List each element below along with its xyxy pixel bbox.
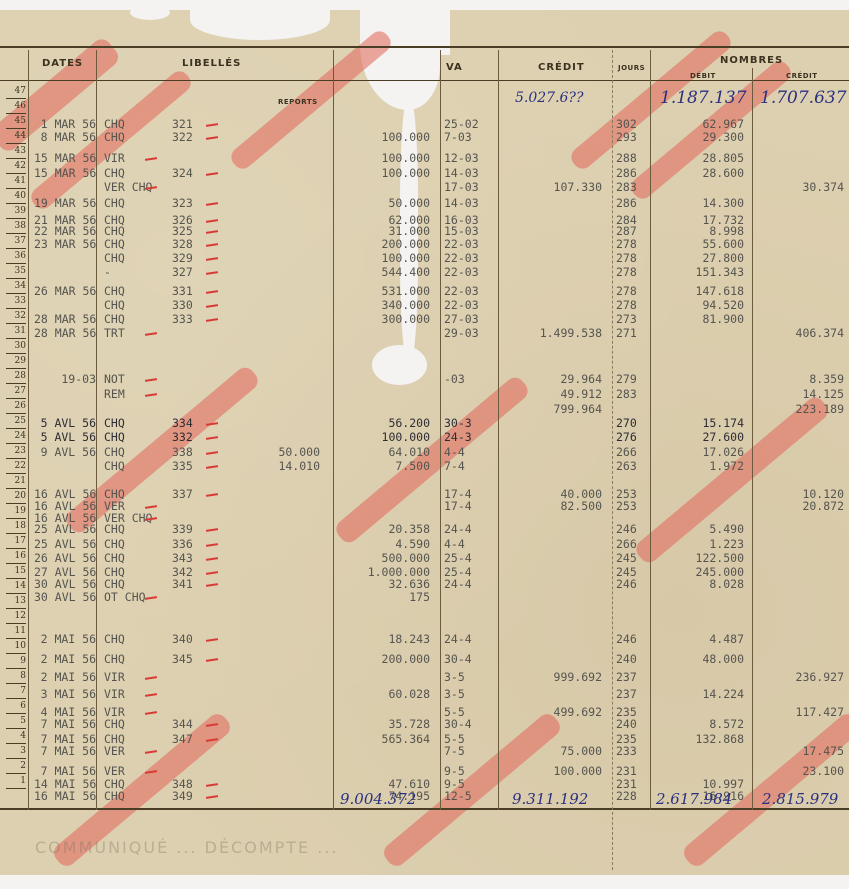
- row-jours: 283: [616, 181, 648, 193]
- row-date: 9 AVL 56: [34, 446, 96, 458]
- row-debit: 7.500: [340, 460, 430, 472]
- row-debit: 100.000: [340, 131, 430, 143]
- row-valeur: 30-4: [444, 653, 494, 665]
- row-debit: 60.028: [340, 688, 430, 700]
- row-jours: 293: [616, 131, 648, 143]
- line-divider: [6, 248, 26, 249]
- row-jours: 253: [616, 500, 648, 512]
- row-n-credit: 23.100: [754, 765, 844, 777]
- row-valeur: 25-4: [444, 552, 494, 564]
- col-rule: [752, 68, 753, 810]
- line-divider: [6, 338, 26, 339]
- row-jours: 287: [616, 225, 648, 237]
- row-jours: 279: [616, 373, 648, 385]
- row-valeur: 29-03: [444, 327, 494, 339]
- line-number: 11: [8, 626, 26, 636]
- row-valeur: 3-5: [444, 671, 494, 683]
- row-type: REM: [104, 388, 174, 400]
- row-valeur: 22-03: [444, 285, 494, 297]
- row-jours: 233: [616, 745, 648, 757]
- row-n-debit: 94.520: [652, 299, 744, 311]
- row-jours: 278: [616, 252, 648, 264]
- row-type: CHQ: [104, 578, 174, 590]
- line-number: 13: [8, 596, 26, 606]
- row-jours: 302: [616, 118, 648, 130]
- row-jours: 246: [616, 523, 648, 535]
- row-credit: 999.692: [502, 671, 602, 683]
- row-valeur: 12-03: [444, 152, 494, 164]
- row-n-debit: 27.600: [652, 431, 744, 443]
- row-valeur: 9-5: [444, 765, 494, 777]
- row-reports: 14.010: [230, 460, 320, 472]
- row-type: TRT: [104, 327, 174, 339]
- row-valeur: 17-03: [444, 181, 494, 193]
- row-n-debit: 8.572: [652, 718, 744, 730]
- row-debit: 56.200: [340, 417, 430, 429]
- row-debit: 100.000: [340, 152, 430, 164]
- row-type: CHQ: [104, 790, 174, 802]
- header-valeur: VA: [446, 62, 463, 73]
- line-number: 33: [8, 296, 26, 306]
- row-debit: 100.000: [340, 252, 430, 264]
- row-valeur: 4-4: [444, 538, 494, 550]
- row-jours: 266: [616, 538, 648, 550]
- row-date: 15 MAR 56: [34, 152, 96, 164]
- row-valeur: 15-03: [444, 225, 494, 237]
- row-n-credit: 20.872: [754, 500, 844, 512]
- line-divider: [6, 473, 26, 474]
- line-divider: [6, 503, 26, 504]
- row-valeur: 24-4: [444, 523, 494, 535]
- row-debit: 18.243: [340, 633, 430, 645]
- line-number: 29: [8, 356, 26, 366]
- row-type: CHQ: [104, 118, 174, 130]
- line-divider: [6, 713, 26, 714]
- row-valeur: 24-4: [444, 578, 494, 590]
- line-number: 20: [8, 491, 26, 501]
- row-date: 5 AVL 56: [34, 431, 96, 443]
- row-n-debit: 147.618: [652, 285, 744, 297]
- row-valeur: 25-02: [444, 118, 494, 130]
- row-date: 15 MAR 56: [34, 167, 96, 179]
- line-divider: [6, 278, 26, 279]
- row-valeur: 3-5: [444, 688, 494, 700]
- handwritten-report-nombres-credit: 1.707.637: [760, 88, 847, 108]
- line-divider: [6, 728, 26, 729]
- line-divider: [6, 428, 26, 429]
- row-type: CHQ: [104, 633, 174, 645]
- line-divider: [6, 173, 26, 174]
- row-n-debit: 29.300: [652, 131, 744, 143]
- line-divider: [6, 98, 26, 99]
- row-type: CHQ: [104, 197, 174, 209]
- row-valeur: 24-4: [444, 633, 494, 645]
- row-n-debit: 14.300: [652, 197, 744, 209]
- row-n-debit: 48.000: [652, 653, 744, 665]
- top-rule: [0, 46, 849, 48]
- line-divider: [6, 668, 26, 669]
- row-type: CHQ: [104, 225, 174, 237]
- row-date: 23 MAR 56: [34, 238, 96, 250]
- row-jours: 288: [616, 152, 648, 164]
- row-debit: 200.000: [340, 653, 430, 665]
- row-n-credit: 117.427: [754, 706, 844, 718]
- row-n-credit: 17.475: [754, 745, 844, 757]
- row-type: CHQ: [104, 431, 174, 443]
- footer-faint-text: COMMUNIQUÉ ... DÉCOMPTE ...: [35, 838, 339, 857]
- row-credit: 799.964: [502, 403, 602, 415]
- row-type: VIR: [104, 688, 174, 700]
- header-dates: DATES: [42, 58, 83, 69]
- line-number: 9: [8, 656, 26, 666]
- row-valeur: 22-03: [444, 238, 494, 250]
- row-type: OT CHQ: [104, 591, 174, 603]
- row-date: 2 MAI 56: [34, 633, 96, 645]
- line-number: 30: [8, 341, 26, 351]
- line-divider: [6, 293, 26, 294]
- line-divider: [6, 128, 26, 129]
- line-number: 42: [8, 161, 26, 171]
- row-type: CHQ: [104, 299, 174, 311]
- row-debit: 50.000: [340, 197, 430, 209]
- row-type: CHQ: [104, 131, 174, 143]
- line-divider: [6, 368, 26, 369]
- total-nombres-credit: 2.815.979: [762, 790, 838, 808]
- row-type: NOT: [104, 373, 174, 385]
- row-jours: 240: [616, 653, 648, 665]
- line-divider: [6, 638, 26, 639]
- row-type: CHQ: [104, 538, 174, 550]
- row-valeur: 4-4: [444, 446, 494, 458]
- row-debit: 531.000: [340, 285, 430, 297]
- row-n-debit: 28.600: [652, 167, 744, 179]
- row-type: CHQ: [104, 446, 174, 458]
- row-n-credit: 223.189: [754, 403, 844, 415]
- total-nombres-debit: 2.617.984: [656, 790, 732, 808]
- line-number: 31: [8, 326, 26, 336]
- col-rule: [28, 50, 29, 810]
- row-date: 5 AVL 56: [34, 417, 96, 429]
- line-number: 16: [8, 551, 26, 561]
- row-type: CHQ: [104, 552, 174, 564]
- row-jours: 286: [616, 167, 648, 179]
- row-n-debit: 14.224: [652, 688, 744, 700]
- line-divider: [6, 233, 26, 234]
- row-jours: 278: [616, 285, 648, 297]
- row-reports: 50.000: [230, 446, 320, 458]
- row-debit: 32.636: [340, 578, 430, 590]
- row-date: 26 MAR 56: [34, 285, 96, 297]
- col-rule: [333, 50, 334, 810]
- row-n-credit: 14.125: [754, 388, 844, 400]
- line-number: 45: [8, 116, 26, 126]
- row-n-debit: 8.998: [652, 225, 744, 237]
- row-n-debit: 81.900: [652, 313, 744, 325]
- row-date: 25 AVL 56: [34, 538, 96, 550]
- row-valeur: 7-4: [444, 460, 494, 472]
- row-n-debit: 8.028: [652, 578, 744, 590]
- line-number: 26: [8, 401, 26, 411]
- line-number: 47: [8, 86, 26, 96]
- line-number: 35: [8, 266, 26, 276]
- torn-bottom: [0, 875, 849, 889]
- row-n-credit: 406.374: [754, 327, 844, 339]
- line-number: 19: [8, 506, 26, 516]
- row-valeur: 22-03: [444, 266, 494, 278]
- row-valeur: 22-03: [444, 252, 494, 264]
- line-divider: [6, 563, 26, 564]
- row-n-debit: 55.600: [652, 238, 744, 250]
- line-number: 6: [8, 701, 26, 711]
- line-divider: [6, 773, 26, 774]
- line-divider: [6, 203, 26, 204]
- line-number: 25: [8, 416, 26, 426]
- row-jours: 266: [616, 446, 648, 458]
- row-type: CHQ: [104, 523, 174, 535]
- row-date: 16 MAI 56: [34, 790, 96, 802]
- row-type: CHQ: [104, 238, 174, 250]
- line-divider: [6, 158, 26, 159]
- line-number: 23: [8, 446, 26, 456]
- torn-hole: [372, 345, 427, 385]
- line-divider: [6, 188, 26, 189]
- line-divider: [6, 683, 26, 684]
- header-nombres-credit: CRÉDIT: [786, 72, 818, 80]
- line-number: 21: [8, 476, 26, 486]
- row-valeur: 7-03: [444, 131, 494, 143]
- row-valeur: 12-5: [444, 790, 494, 802]
- row-n-debit: 132.868: [652, 733, 744, 745]
- row-date: 26 AVL 56: [34, 552, 96, 564]
- header-jours: JOURS: [618, 64, 645, 72]
- row-type: CHQ: [104, 417, 174, 429]
- line-number: 22: [8, 461, 26, 471]
- torn-top-notch: [130, 5, 170, 20]
- row-type: VER: [104, 765, 174, 777]
- row-debit: 100.000: [340, 431, 430, 443]
- line-number: 2: [8, 761, 26, 771]
- row-debit: 35.728: [340, 718, 430, 730]
- row-jours: 237: [616, 671, 648, 683]
- line-number: 12: [8, 611, 26, 621]
- row-n-debit: 15.174: [652, 417, 744, 429]
- col-rule: [650, 50, 651, 810]
- row-jours: 278: [616, 266, 648, 278]
- row-n-debit: 1.223: [652, 538, 744, 550]
- row-valeur: 27-03: [444, 313, 494, 325]
- row-debit: 340.000: [340, 299, 430, 311]
- row-valeur: -03: [444, 373, 494, 385]
- header-libelles: LIBELLÉS: [182, 58, 241, 69]
- row-date: 28 MAR 56: [34, 313, 96, 325]
- line-number: 14: [8, 581, 26, 591]
- line-divider: [6, 518, 26, 519]
- row-type: CHQ: [104, 285, 174, 297]
- torn-top-center: [190, 0, 330, 40]
- line-number: 27: [8, 386, 26, 396]
- handwritten-report-nombres-debit: 1.187.137: [660, 88, 747, 108]
- row-credit: 82.500: [502, 500, 602, 512]
- row-valeur: 30-4: [444, 718, 494, 730]
- row-jours: 228: [616, 790, 648, 802]
- row-n-credit: 30.374: [754, 181, 844, 193]
- row-jours: 237: [616, 688, 648, 700]
- totals-rule: [0, 808, 849, 810]
- row-debit: 300.000: [340, 313, 430, 325]
- row-valeur: 22-03: [444, 299, 494, 311]
- perforation-rule: [612, 50, 613, 870]
- line-divider: [6, 533, 26, 534]
- line-divider: [6, 383, 26, 384]
- line-divider: [6, 413, 26, 414]
- line-number: 36: [8, 251, 26, 261]
- row-debit: 565.364: [340, 733, 430, 745]
- line-number: 15: [8, 566, 26, 576]
- line-number: 1: [8, 776, 26, 786]
- row-n-credit: 8.359: [754, 373, 844, 385]
- row-n-debit: 62.967: [652, 118, 744, 130]
- row-debit: 100.000: [340, 167, 430, 179]
- header-nombres: NOMBRES: [720, 55, 783, 66]
- row-valeur: 17-4: [444, 500, 494, 512]
- line-number: 10: [8, 641, 26, 651]
- header-reports: REPORTS: [278, 98, 318, 106]
- line-divider: [6, 263, 26, 264]
- line-divider: [6, 458, 26, 459]
- row-credit: 499.692: [502, 706, 602, 718]
- line-number: 3: [8, 746, 26, 756]
- line-divider: [6, 143, 26, 144]
- line-divider: [6, 653, 26, 654]
- row-type: VIR: [104, 671, 174, 683]
- row-n-debit: 28.805: [652, 152, 744, 164]
- row-type: VER: [104, 745, 174, 757]
- row-n-credit: 236.927: [754, 671, 844, 683]
- total-debit: 9.004.372: [340, 790, 416, 808]
- line-number: 37: [8, 236, 26, 246]
- row-n-debit: 151.343: [652, 266, 744, 278]
- line-number: 7: [8, 686, 26, 696]
- line-number: 44: [8, 131, 26, 141]
- line-number: 17: [8, 536, 26, 546]
- line-divider: [6, 758, 26, 759]
- line-number: 5: [8, 716, 26, 726]
- row-type: -: [104, 266, 174, 278]
- row-debit: 175: [340, 591, 430, 603]
- line-number: 34: [8, 281, 26, 291]
- row-date: 28 MAR 56: [34, 327, 96, 339]
- row-valeur: 7-5: [444, 745, 494, 757]
- row-type: CHQ: [104, 167, 174, 179]
- row-debit: 544.400: [340, 266, 430, 278]
- line-number: 41: [8, 176, 26, 186]
- row-debit: 500.000: [340, 552, 430, 564]
- row-jours: 246: [616, 633, 648, 645]
- row-valeur: 24-3: [444, 431, 494, 443]
- row-jours: 273: [616, 313, 648, 325]
- row-valeur: 14-03: [444, 197, 494, 209]
- line-divider: [6, 353, 26, 354]
- line-number: 18: [8, 521, 26, 531]
- row-n-debit: 1.972: [652, 460, 744, 472]
- row-date: 22 MAR 56: [34, 225, 96, 237]
- header-credit: CRÉDIT: [538, 62, 585, 73]
- line-number: 4: [8, 731, 26, 741]
- header-nombres-debit: DÉBIT: [690, 72, 716, 80]
- row-type: CHQ: [104, 718, 174, 730]
- row-type: CHQ: [104, 653, 174, 665]
- row-jours: 283: [616, 388, 648, 400]
- row-jours: 286: [616, 197, 648, 209]
- row-jours: 276: [616, 431, 648, 443]
- line-divider: [6, 443, 26, 444]
- line-divider: [6, 608, 26, 609]
- line-divider: [6, 398, 26, 399]
- line-number: 32: [8, 311, 26, 321]
- row-date: 7 MAI 56: [34, 718, 96, 730]
- row-jours: 271: [616, 327, 648, 339]
- line-divider: [6, 308, 26, 309]
- row-type: CHQ: [104, 313, 174, 325]
- row-credit: 107.330: [502, 181, 602, 193]
- total-credit: 9.311.192: [512, 790, 588, 808]
- row-debit: 64.010: [340, 446, 430, 458]
- row-jours: 278: [616, 299, 648, 311]
- line-divider: [6, 593, 26, 594]
- line-number: 8: [8, 671, 26, 681]
- row-n-debit: 4.487: [652, 633, 744, 645]
- line-number: 46: [8, 101, 26, 111]
- row-jours: 263: [616, 460, 648, 472]
- row-valeur: 30-3: [444, 417, 494, 429]
- row-credit: 100.000: [502, 765, 602, 777]
- row-credit: 29.964: [502, 373, 602, 385]
- row-date: 1 MAR 56: [34, 118, 96, 130]
- line-divider: [6, 218, 26, 219]
- row-type: VIR: [104, 152, 174, 164]
- line-divider: [6, 578, 26, 579]
- row-date: 25 AVL 56: [34, 523, 96, 535]
- row-date: 3 MAI 56: [34, 688, 96, 700]
- row-type: CHQ: [104, 460, 174, 472]
- line-divider: [6, 743, 26, 744]
- row-date: 19 MAR 56: [34, 197, 96, 209]
- row-jours: 270: [616, 417, 648, 429]
- row-date: 2 MAI 56: [34, 653, 96, 665]
- row-jours: 231: [616, 765, 648, 777]
- line-divider: [6, 323, 26, 324]
- row-type: VER CHQ: [104, 181, 174, 193]
- col-rule: [440, 50, 441, 810]
- row-n-debit: 122.500: [652, 552, 744, 564]
- header-bottom-rule: [0, 80, 849, 81]
- line-number: 40: [8, 191, 26, 201]
- row-debit: 4.590: [340, 538, 430, 550]
- line-number: 38: [8, 221, 26, 231]
- row-date: 30 AVL 56: [34, 591, 96, 603]
- row-debit: 200.000: [340, 238, 430, 250]
- row-jours: 240: [616, 718, 648, 730]
- row-valeur: 14-03: [444, 167, 494, 179]
- row-debit: 31.000: [340, 225, 430, 237]
- row-date: 7 MAI 56: [34, 765, 96, 777]
- row-n-debit: 17.026: [652, 446, 744, 458]
- row-jours: 245: [616, 552, 648, 564]
- line-divider: [6, 113, 26, 114]
- row-date: 7 MAI 56: [34, 745, 96, 757]
- row-date: 19-03: [34, 373, 96, 385]
- row-n-debit: 5.490: [652, 523, 744, 535]
